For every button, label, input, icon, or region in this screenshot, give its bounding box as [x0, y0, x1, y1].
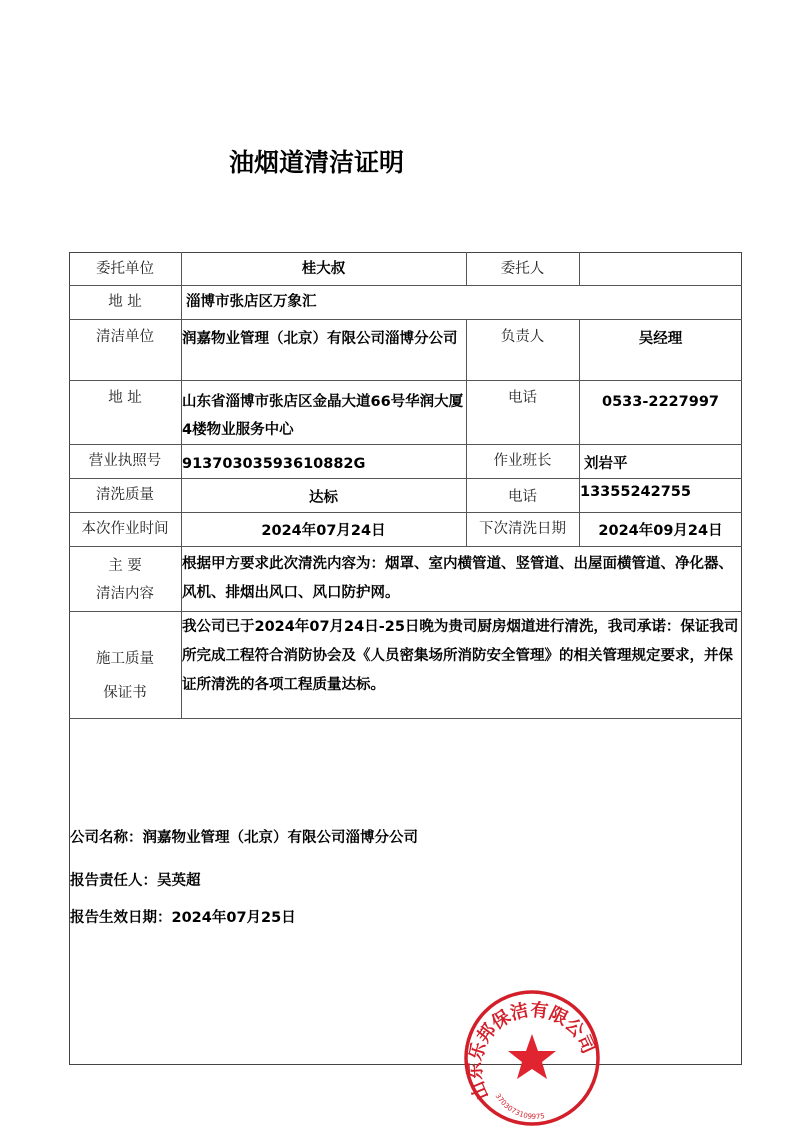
next-clean-value: 2024年09月24日 [579, 512, 742, 546]
content-label-line2: 清洁内容 [96, 580, 154, 608]
content-label: 主 要 清洁内容 [69, 546, 181, 611]
guarantee-label-line2: 保证书 [103, 676, 147, 710]
responsible-label: 负责人 [466, 319, 579, 380]
cleaning-unit-value: 润嘉物业管理（北京）有限公司淄博分公司 [182, 319, 465, 380]
phone-label: 电话 [466, 380, 579, 444]
cleaning-unit-label: 清洁单位 [69, 319, 181, 380]
page-title: 油烟道清洁证明 [229, 143, 404, 179]
next-clean-label: 下次清洗日期 [466, 512, 579, 546]
content-label-line1: 主 要 [108, 552, 142, 580]
star-icon [508, 1034, 556, 1079]
guarantee-value: 我公司已于2024年07月24日-25日晚为贵司厨房烟道进行清洗，我司承诺：保证… [182, 611, 741, 718]
phone2-value: 13355242755 [580, 478, 740, 512]
team-leader-value: 刘岩平 [584, 444, 734, 478]
company-name: 公司名称：润嘉物业管理（北京）有限公司淄博分公司 [70, 826, 418, 847]
client-person-label: 委托人 [466, 252, 579, 285]
phone-value: 0533-2227997 [579, 380, 742, 444]
responsible-value: 吴经理 [579, 319, 742, 380]
client-unit-value: 桂大叔 [181, 252, 466, 285]
guarantee-label-line1: 施工质量 [96, 642, 154, 676]
row-divider [69, 718, 742, 719]
client-address-label: 地 址 [69, 285, 181, 319]
license-label: 营业执照号 [69, 444, 181, 478]
unit-address-value: 山东省淄博市张店区金晶大道66号华润大厦4楼物业服务中心 [182, 380, 465, 444]
phone2-label: 电话 [466, 478, 579, 512]
client-person-value [579, 252, 742, 285]
team-leader-label: 作业班长 [466, 444, 579, 478]
effective-date: 报告生效日期：2024年07月25日 [70, 906, 296, 927]
unit-address-label: 地 址 [69, 380, 181, 444]
client-address-value: 淄博市张店区万象汇 [186, 285, 736, 319]
report-person: 报告责任人：吴英超 [70, 869, 201, 890]
quality-label: 清洗质量 [69, 478, 181, 512]
quality-value: 达标 [181, 478, 466, 512]
guarantee-label: 施工质量 保证书 [69, 611, 181, 718]
client-unit-label: 委托单位 [69, 252, 181, 285]
work-time-label: 本次作业时间 [69, 512, 181, 546]
license-value: 91370303593610882G [182, 444, 465, 478]
company-seal: 山东乐邦保洁有限公司 3703073109975 [462, 988, 602, 1128]
content-value: 根据甲方要求此次清洗内容为：烟罩、室内横管道、竖管道、出屋面横管道、净化器、风机… [182, 546, 740, 611]
work-time-value: 2024年07月24日 [181, 512, 466, 546]
